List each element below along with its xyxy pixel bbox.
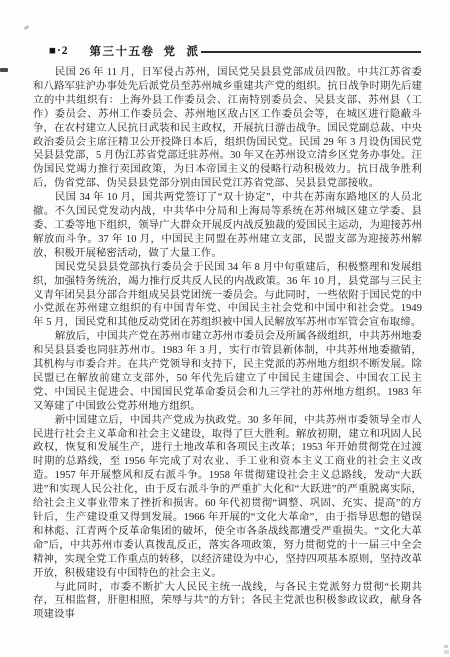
paragraph-3: 国民党吴县县党部执行委员会于民国 34 年 8 月中旬重建后，积极整理和发展组织…	[33, 261, 422, 331]
scan-edge-mark	[0, 68, 8, 72]
header-rule	[201, 51, 421, 53]
volume-title: 第三十五卷	[90, 43, 155, 59]
paragraph-4: 解放后，中国共产党在苏州市建立苏州市委员会及所属各级组织，中共苏州地委和吴县县委…	[33, 330, 422, 413]
scanned-book-page: ■·2 第三十五卷 党 派 民国 26 年 11 月，日军侵占苏州，国民党吴县县…	[0, 0, 450, 657]
scan-speck	[24, 25, 30, 30]
scan-speck	[444, 650, 449, 654]
page-number-label: ■·2	[49, 45, 69, 57]
paragraph-2: 民国 34 年 10 月，国共两党签订了“双十协定”，中共在苏南东路地区的人员北…	[33, 191, 422, 261]
scan-speck	[444, 645, 448, 648]
paragraph-6: 与此同时，市委不断扩大人民民主统一战线，与各民主党派努力贯彻“长期共存，互相监督…	[33, 581, 422, 623]
section-title: 党 派	[164, 43, 199, 59]
running-header: ■·2 第三十五卷 党 派	[49, 43, 421, 59]
page-body: 民国 26 年 11 月，日军侵占苏州，国民党吴县县党部成员四散。中共江苏省委和…	[33, 66, 422, 622]
paragraph-5: 新中国建立后，中国共产党成为执政党。30 多年间，中共苏州市委领导全市人民进行社…	[33, 414, 422, 581]
paragraph-1: 民国 26 年 11 月，日军侵占苏州，国民党吴县县党部成员四散。中共江苏省委和…	[33, 66, 422, 191]
